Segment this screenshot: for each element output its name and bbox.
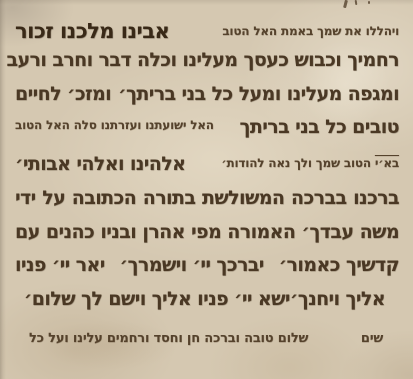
manuscript-line-3: ומגפה מעלינו ומעל כל בני בריתך׳ ומזכ׳ לח… — [15, 83, 399, 116]
line5-blessing-end: בא׳י הטוב שמך ולך נאה להודות׳ — [221, 156, 399, 170]
line4-large-text: טובים כל בני בריתך — [239, 116, 399, 138]
manuscript-page: ויהללו את שמך באמת האל הטוב אבינו מלכנו … — [0, 0, 413, 379]
manuscript-line-4: טובים כל בני בריתך האל ישועתנו ועזרתנו ס… — [15, 116, 399, 153]
line4-small-rubric: האל ישועתנו ועזרתנו סלה האל הטוב — [15, 118, 214, 132]
manuscript-line-1: ויהללו את שמך באמת האל הטוב אבינו מלכנו … — [15, 13, 399, 49]
divine-name-abbreviation: בא׳י — [375, 156, 399, 170]
line5-small-text: הטוב שמך ולך נאה להודות׳ — [221, 156, 371, 170]
manuscript-line-8: קדשיך כאמור׳ יברכך יי׳ וישמרך׳ יאר יי׳ פ… — [15, 254, 399, 288]
line1-incipit-avinu-malkenu: אבינו מלכנו זכור — [15, 19, 169, 43]
manuscript-line-6: ברכנו בברכה המשולשת בתורה הכתובה על ידי — [15, 187, 399, 221]
line3-text-left: ומזכ׳ לחיים — [15, 83, 111, 105]
manuscript-line-9: אליך ויחנך׳ ישא יי׳ פניו אליך וישם לך של… — [15, 288, 399, 323]
line7-text: משה עבדך׳ האמורה מפי אהרן ובניו כהנים עם — [15, 221, 399, 243]
line5-incipit-eloheinu: אלהינו ואלהי אבותי׳ — [15, 153, 185, 175]
manuscript-line-5: בא׳י הטוב שמך ולך נאה להודות׳ אלהינו ואל… — [15, 153, 399, 187]
line10-text: שלום טובה וברכה חן וחסד ורחמים עלינו ועל… — [29, 331, 308, 346]
line1-continuation-text: ויהללו את שמך באמת האל הטוב — [222, 24, 399, 38]
line9-text-right: אליך ויחנך׳ — [290, 288, 385, 310]
line8-text-middle: יברכך יי׳ וישמרך׳ — [120, 254, 264, 276]
manuscript-line-10: שים שלום טובה וברכה חן וחסד ורחמים עלינו… — [15, 323, 399, 353]
line2-text: רחמיך וכבוש כעסך מעלינו וכלה דבר וחרב ור… — [15, 49, 399, 71]
text-block: ויהללו את שמך באמת האל הטוב אבינו מלכנו … — [15, 13, 399, 379]
line8-text-right: קדשיך כאמור׳ — [279, 254, 399, 276]
line10-incipit-sim: שים — [361, 331, 383, 346]
line9-text-left: ישא יי׳ פניו אליך וישם לך שלום׳ — [24, 288, 290, 310]
manuscript-line-2: רחמיך וכבוש כעסך מעלינו וכלה דבר וחרב ור… — [15, 49, 399, 83]
manuscript-line-7: משה עבדך׳ האמורה מפי אהרן ובניו כהנים עם — [15, 221, 399, 254]
cutoff-letter-fragment — [355, 0, 358, 5]
cutoff-letter-fragment — [343, 0, 348, 8]
line3-text-right: ומגפה מעלינו ומעל כל בני בריתך׳ — [118, 83, 399, 105]
cutoff-letter-fragment — [368, 1, 370, 4]
line8-text-left: יאר יי׳ פניו — [15, 254, 105, 276]
line6-text: ברכנו בברכה המשולשת בתורה הכתובה על ידי — [15, 187, 399, 209]
